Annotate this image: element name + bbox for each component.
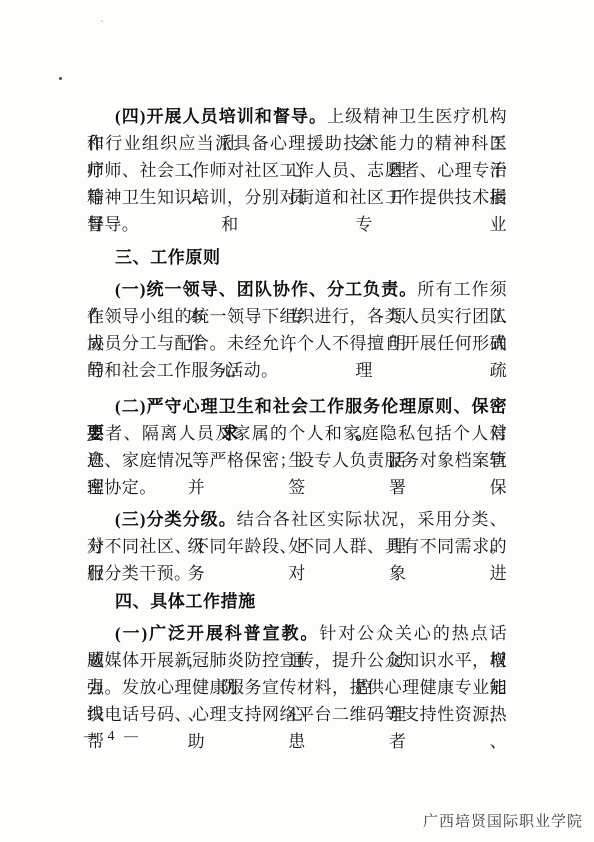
paragraph-line: 力。发放心理健康服务宣传材料，提供心理健康专业知识、心理热 (87, 674, 507, 701)
scan-speckle (101, 20, 103, 22)
paragraph-lead: (三)分类分级。 (115, 510, 237, 529)
paragraph-line: 对不同社区、不同年龄段、不同人群、具有不同需求的服务对象进 (87, 533, 507, 560)
paragraph-lead: (一)广泛开展科普宣教。 (115, 624, 319, 643)
paragraph-line: 作领导小组的统一领导下组织进行，各类人员实行团队协作，明确 (87, 303, 507, 330)
paragraph-line: 精神卫生知识培训，分别对街道和社区工作提供技术指导和专业 (87, 184, 507, 211)
paragraph-line: (一)统一领导、团队协作、分工负责。所有工作须在本专项工 (87, 276, 507, 303)
paragraph-unified-leadership: (一)统一领导、团队协作、分工负责。所有工作须在本专项工 作领导小组的统一领导下… (87, 276, 507, 384)
paragraph-line: (二)严守心理卫生和社会工作服务伦理原则、保密要求。对 (87, 393, 507, 420)
section-heading-specific-measures: 四、具体工作措施 (87, 588, 507, 615)
paragraph-line: (三)分类分级。结合各社区实际状况，采用分类、分级处理。 (87, 506, 507, 533)
paragraph-line: 威媒体开展新冠肺炎防控宣传，提升公众知识水平，增强防控能 (87, 647, 507, 674)
section-heading-work-principles: 三、工作原则 (87, 244, 507, 271)
paragraph-training-supervision: (四)开展人员培训和督导。上级精神卫生医疗机构和社会工 作行业组织应当派具备心理… (87, 103, 507, 238)
institution-watermark: 广西培贤国际职业学院 (423, 810, 583, 831)
scanned-document-page: (四)开展人员培训和督导。上级精神卫生医疗机构和社会工 作行业组织应当派具备心理… (0, 0, 594, 842)
paragraph-line: 迹、家庭情况等严格保密；设专人负责服务对象档案管理并签署保 (87, 447, 507, 474)
paragraph-line: 成员分工与配合。未经允许个人不得擅自开展任何形式的心理疏 (87, 330, 507, 357)
paragraph-line: 作行业组织应当派具备心理援助技术能力的精神科医师、心理治 (87, 130, 507, 157)
paragraph-line: 患者、隔离人员及家属的个人和家庭隐私包括个人信息、生活轨 (87, 420, 507, 447)
page-number: — 4 — (84, 729, 141, 745)
paragraph-confidentiality: (二)严守心理卫生和社会工作服务伦理原则、保密要求。对 患者、隔离人员及家属的个… (87, 393, 507, 501)
paragraph-line: (四)开展人员培训和督导。上级精神卫生医疗机构和社会工 (87, 103, 507, 130)
paragraph-line: 线电话号码、心理支持网络平台二维码等支持性资源，帮助患者、 (87, 701, 507, 728)
paragraph-lead: (四)开展人员培训和督导。 (115, 107, 327, 126)
scan-speckle (59, 77, 62, 80)
paragraph-public-education: (一)广泛开展科普宣教。针对公众关心的热点话题，通过权 威媒体开展新冠肺炎防控宣… (87, 620, 507, 728)
paragraph-classification: (三)分类分级。结合各社区实际状况，采用分类、分级处理。 对不同社区、不同年龄段… (87, 506, 507, 587)
paragraph-line: (一)广泛开展科普宣教。针对公众关心的热点话题，通过权 (87, 620, 507, 647)
paragraph-lead: (一)统一领导、团队协作、分工负责。 (115, 280, 417, 299)
paragraph-line: 疗师、社会工作师对社区工作人员、志愿者、心理专干等人员开展 (87, 157, 507, 184)
